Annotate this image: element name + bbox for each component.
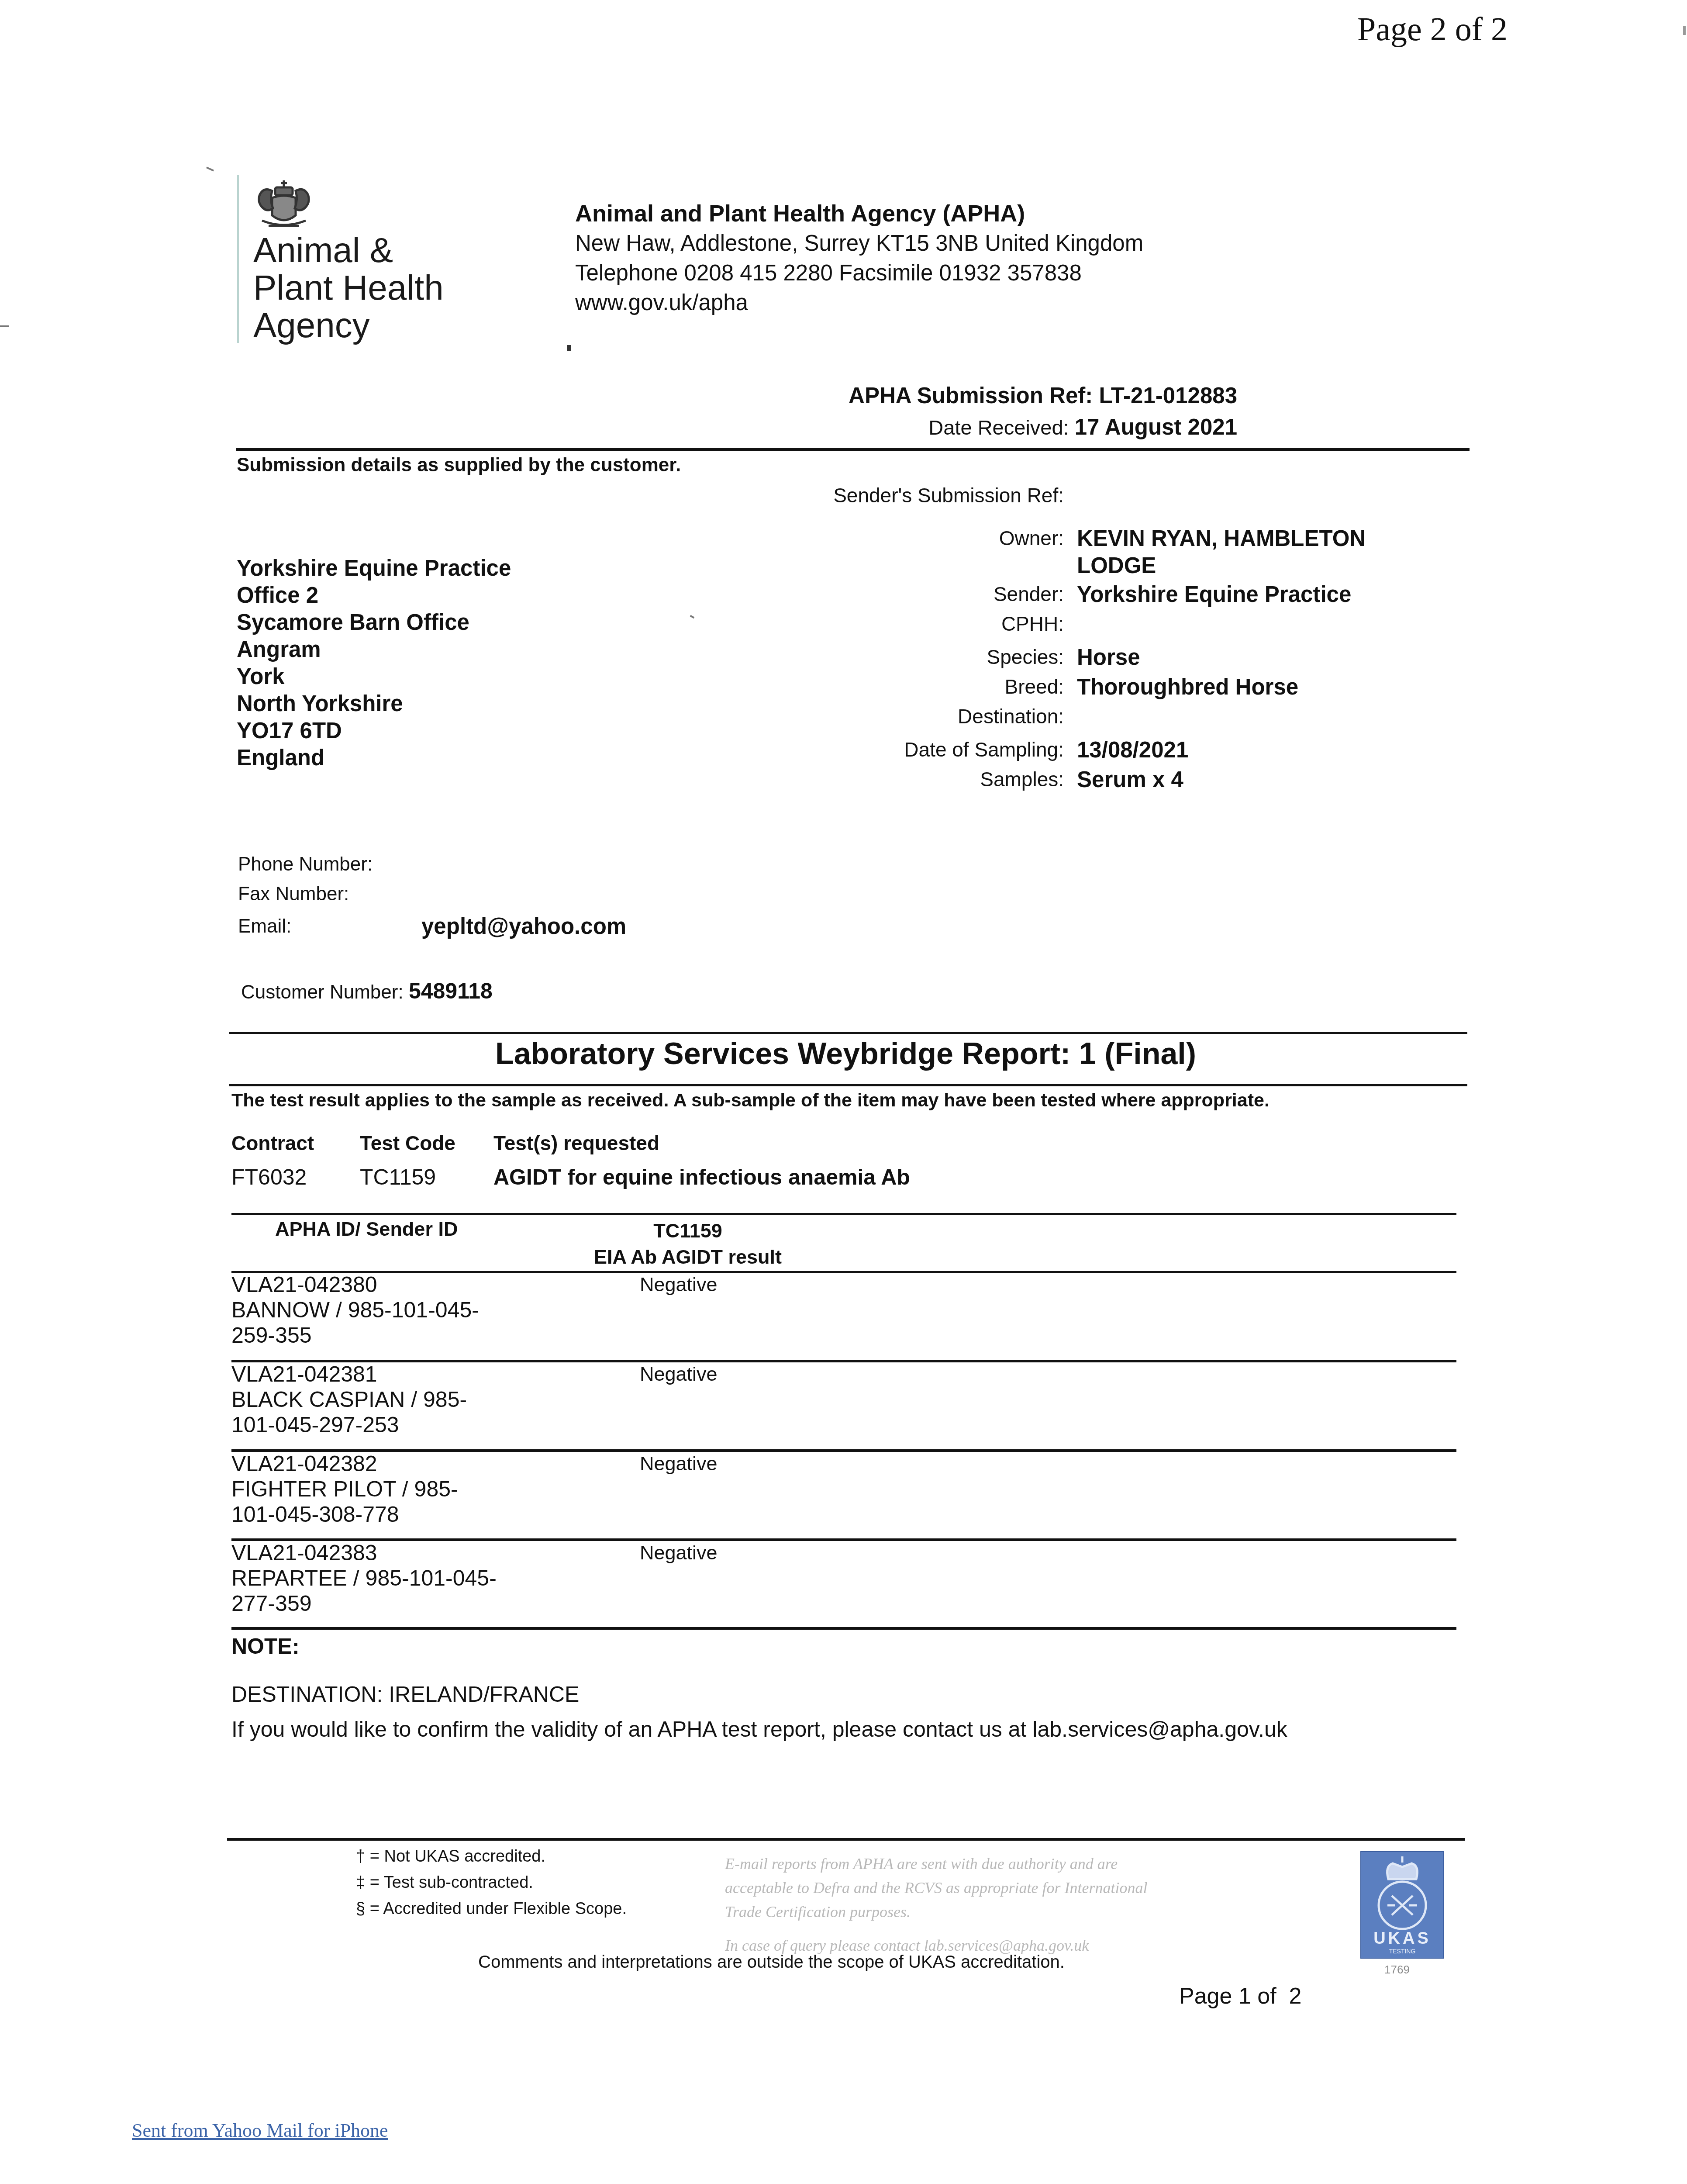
fax-row: Fax Number: bbox=[238, 879, 626, 909]
detail-label: Sender's Submission Ref: bbox=[830, 480, 1077, 510]
detail-label: Owner: bbox=[830, 523, 1077, 553]
result-code: TC1159 bbox=[579, 1218, 797, 1244]
sample-id: VLA21-042382 FIGHTER PILOT / 985- 101-04… bbox=[231, 1451, 537, 1527]
logo-line: Plant Health bbox=[253, 269, 444, 307]
divider bbox=[231, 1627, 1456, 1630]
date-received-value: 17 August 2021 bbox=[1075, 415, 1237, 439]
detail-value: Thoroughbred Horse bbox=[1077, 672, 1485, 701]
col-contract: Contract bbox=[231, 1131, 360, 1155]
sender-id: FIGHTER PILOT / 985- bbox=[231, 1476, 537, 1502]
divider bbox=[229, 1084, 1467, 1086]
detail-species: Species: Horse bbox=[830, 642, 1485, 672]
sender-id: REPARTEE / 985-101-045- bbox=[231, 1565, 537, 1591]
contract-value: FT6032 bbox=[231, 1165, 360, 1190]
submission-ref-label: APHA Submission Ref: bbox=[849, 383, 1093, 408]
detail-label: Species: bbox=[830, 642, 1077, 672]
scan-artifact bbox=[567, 345, 571, 351]
result-value: Negative bbox=[640, 1451, 718, 1476]
divider bbox=[236, 448, 1470, 451]
legend-item: ‡ = Test sub-contracted. bbox=[356, 1870, 627, 1896]
detail-value: Yorkshire Equine Practice bbox=[1077, 579, 1485, 608]
agency-logo-text: Animal & Plant Health Agency bbox=[253, 232, 444, 344]
address-line: YO17 6TD bbox=[237, 717, 511, 744]
address-line: York bbox=[237, 663, 511, 690]
sample-id: VLA21-042383 REPARTEE / 985-101-045- 277… bbox=[231, 1540, 537, 1616]
customer-contact: Phone Number: Fax Number: Email: yepltd@… bbox=[238, 850, 626, 941]
ukas-crown-icon: UKAS TESTING bbox=[1361, 1852, 1443, 1958]
result-name: EIA Ab AGIDT result bbox=[579, 1244, 797, 1270]
apha-id: VLA21-042383 bbox=[231, 1540, 537, 1565]
agency-phone-fax: Telephone 0208 415 2280 Facsimile 01932 … bbox=[575, 258, 1143, 288]
email-row: Email: yepltd@yahoo.com bbox=[238, 912, 626, 941]
detail-label: Breed: bbox=[830, 672, 1077, 702]
legend-item: † = Not UKAS accredited. bbox=[356, 1843, 627, 1870]
detail-cphh: CPHH: bbox=[830, 609, 1485, 642]
detail-sender: Sender: Yorkshire Equine Practice bbox=[830, 579, 1485, 609]
sender-id-cont: 259-355 bbox=[231, 1323, 537, 1348]
logo-line: Agency bbox=[253, 307, 444, 344]
address-line: Office 2 bbox=[237, 582, 511, 609]
page-number: Page 1 of 2 bbox=[1179, 1983, 1301, 2009]
email-signature-link[interactable]: Sent from Yahoo Mail for iPhone bbox=[132, 2119, 388, 2142]
submission-ref-block: APHA Submission Ref: LT-21-012883 Date R… bbox=[849, 380, 1237, 443]
sample-id: VLA21-042381 BLACK CASPIAN / 985- 101-04… bbox=[231, 1362, 537, 1438]
customer-address: Yorkshire Equine Practice Office 2 Sycam… bbox=[237, 555, 511, 771]
result-value: Negative bbox=[640, 1540, 718, 1565]
divider bbox=[229, 1032, 1467, 1034]
address-line: North Yorkshire bbox=[237, 690, 511, 717]
scan-artifact bbox=[0, 325, 9, 327]
sender-id-cont: 277-359 bbox=[231, 1591, 537, 1616]
supplied-note: Submission details as supplied by the cu… bbox=[237, 454, 681, 476]
customer-number-label: Customer Number: bbox=[241, 981, 404, 1003]
detail-label: Sender: bbox=[830, 579, 1077, 609]
customer-number: Customer Number: 5489118 bbox=[241, 978, 493, 1004]
address-line: Sycamore Barn Office bbox=[237, 609, 511, 636]
ukas-logo: UKAS TESTING bbox=[1360, 1851, 1444, 1959]
col-test-code: Test Code bbox=[360, 1131, 493, 1155]
detail-samples: Samples: Serum x 4 bbox=[830, 764, 1485, 794]
email-note-line: E-mail reports from APHA are sent with d… bbox=[725, 1852, 1148, 1876]
tests-header-row: Contract Test Code Test(s) requested bbox=[231, 1131, 910, 1155]
sample-id: VLA21-042380 BANNOW / 985-101-045- 259-3… bbox=[231, 1272, 537, 1348]
applies-note: The test result applies to the sample as… bbox=[231, 1090, 1270, 1111]
detail-value: Serum x 4 bbox=[1077, 764, 1485, 793]
scan-artifact bbox=[1683, 26, 1686, 35]
phone-row: Phone Number: bbox=[238, 850, 626, 879]
apha-id: VLA21-042381 bbox=[231, 1362, 537, 1387]
phone-label: Phone Number: bbox=[238, 850, 421, 879]
col-tests-requested: Test(s) requested bbox=[493, 1131, 659, 1155]
ukas-sub: TESTING bbox=[1389, 1948, 1416, 1955]
agency-address-block: Animal and Plant Health Agency (APHA) Ne… bbox=[575, 199, 1143, 318]
report-title-text: Laboratory Services Weybridge Report: 1 … bbox=[495, 1037, 1196, 1071]
email-value[interactable]: yepltd@yahoo.com bbox=[421, 912, 626, 941]
accreditation-legend: † = Not UKAS accredited. ‡ = Test sub-co… bbox=[356, 1843, 627, 1922]
detail-label: Destination: bbox=[830, 702, 1077, 731]
detail-value bbox=[1077, 702, 1485, 703]
result-value: Negative bbox=[640, 1362, 718, 1387]
detail-value: 13/08/2021 bbox=[1077, 735, 1485, 764]
note-label: NOTE: bbox=[231, 1634, 300, 1659]
comments-note: Comments and interpretations are outside… bbox=[478, 1952, 1065, 1972]
scan-artifact bbox=[690, 615, 695, 619]
detail-breed: Breed: Thoroughbred Horse bbox=[830, 672, 1485, 702]
address-line: Yorkshire Equine Practice bbox=[237, 555, 511, 582]
detail-value bbox=[1077, 609, 1485, 611]
agency-address: New Haw, Addlestone, Surrey KT15 3NB Uni… bbox=[575, 228, 1143, 258]
customer-number-value: 5489118 bbox=[409, 979, 493, 1003]
validity-note: If you would like to confirm the validit… bbox=[231, 1717, 1287, 1742]
col-apha-id: APHA ID/ Sender ID bbox=[275, 1218, 458, 1241]
agency-website[interactable]: www.gov.uk/apha bbox=[575, 288, 1143, 318]
logo-divider bbox=[237, 175, 239, 343]
tests-requested-value: AGIDT for equine infectious anaemia Ab bbox=[493, 1165, 910, 1190]
col-result: TC1159 EIA Ab AGIDT result bbox=[579, 1218, 797, 1270]
detail-destination: Destination: bbox=[830, 702, 1485, 735]
email-note-line: Trade Certification purposes. bbox=[725, 1900, 1148, 1924]
detail-senders-ref: Sender's Submission Ref: bbox=[830, 480, 1485, 510]
page-marker: Page 2 of 2 bbox=[1357, 10, 1508, 48]
ukas-number: 1769 bbox=[1384, 1963, 1410, 1977]
destination-note: DESTINATION: IRELAND/FRANCE bbox=[231, 1682, 579, 1707]
detail-value bbox=[1077, 480, 1485, 482]
address-line: England bbox=[237, 744, 511, 771]
ukas-label: UKAS bbox=[1373, 1929, 1431, 1948]
sender-id-cont: 101-045-297-253 bbox=[231, 1412, 537, 1438]
address-line: Angram bbox=[237, 636, 511, 663]
email-note-line: acceptable to Defra and the RCVS as appr… bbox=[725, 1876, 1148, 1900]
legend-item: § = Accredited under Flexible Scope. bbox=[356, 1896, 627, 1922]
divider bbox=[231, 1213, 1456, 1215]
submission-ref-row: APHA Submission Ref: LT-21-012883 bbox=[849, 380, 1237, 411]
detail-owner: Owner: KEVIN RYAN, HAMBLETON LODGE bbox=[830, 523, 1485, 579]
sender-id: BANNOW / 985-101-045- bbox=[231, 1297, 537, 1323]
test-code-value: TC1159 bbox=[360, 1165, 493, 1190]
apha-id: VLA21-042382 bbox=[231, 1451, 537, 1476]
result-value: Negative bbox=[640, 1272, 718, 1297]
apha-id: VLA21-042380 bbox=[231, 1272, 537, 1297]
sender-id-cont: 101-045-308-778 bbox=[231, 1502, 537, 1527]
date-received-label: Date Received: bbox=[928, 416, 1069, 439]
divider bbox=[227, 1838, 1465, 1841]
detail-value: Horse bbox=[1077, 642, 1485, 671]
detail-label: Date of Sampling: bbox=[830, 735, 1077, 764]
detail-value: KEVIN RYAN, HAMBLETON LODGE bbox=[1077, 523, 1383, 579]
tests-requested-table: Contract Test Code Test(s) requested FT6… bbox=[231, 1131, 910, 1190]
royal-crest-icon bbox=[251, 177, 317, 232]
fax-label: Fax Number: bbox=[238, 879, 421, 909]
sender-id: BLACK CASPIAN / 985- bbox=[231, 1387, 537, 1412]
agency-name: Animal and Plant Health Agency (APHA) bbox=[575, 199, 1143, 228]
submission-details: Sender's Submission Ref: Owner: KEVIN RY… bbox=[830, 480, 1485, 794]
detail-date-of-sampling: Date of Sampling: 13/08/2021 bbox=[830, 735, 1485, 764]
date-received-row: Date Received: 17 August 2021 bbox=[849, 411, 1237, 443]
report-title: Laboratory Services Weybridge Report: 1 … bbox=[0, 1036, 1687, 1071]
scan-artifact bbox=[206, 166, 214, 171]
detail-label: Samples: bbox=[830, 764, 1077, 794]
submission-ref-value: LT-21-012883 bbox=[1099, 383, 1237, 408]
detail-label: CPHH: bbox=[830, 609, 1077, 639]
email-label: Email: bbox=[238, 912, 421, 941]
email-reports-note: E-mail reports from APHA are sent with d… bbox=[725, 1852, 1148, 1958]
logo-line: Animal & bbox=[253, 232, 444, 269]
tests-row: FT6032 TC1159 AGIDT for equine infectiou… bbox=[231, 1165, 910, 1190]
